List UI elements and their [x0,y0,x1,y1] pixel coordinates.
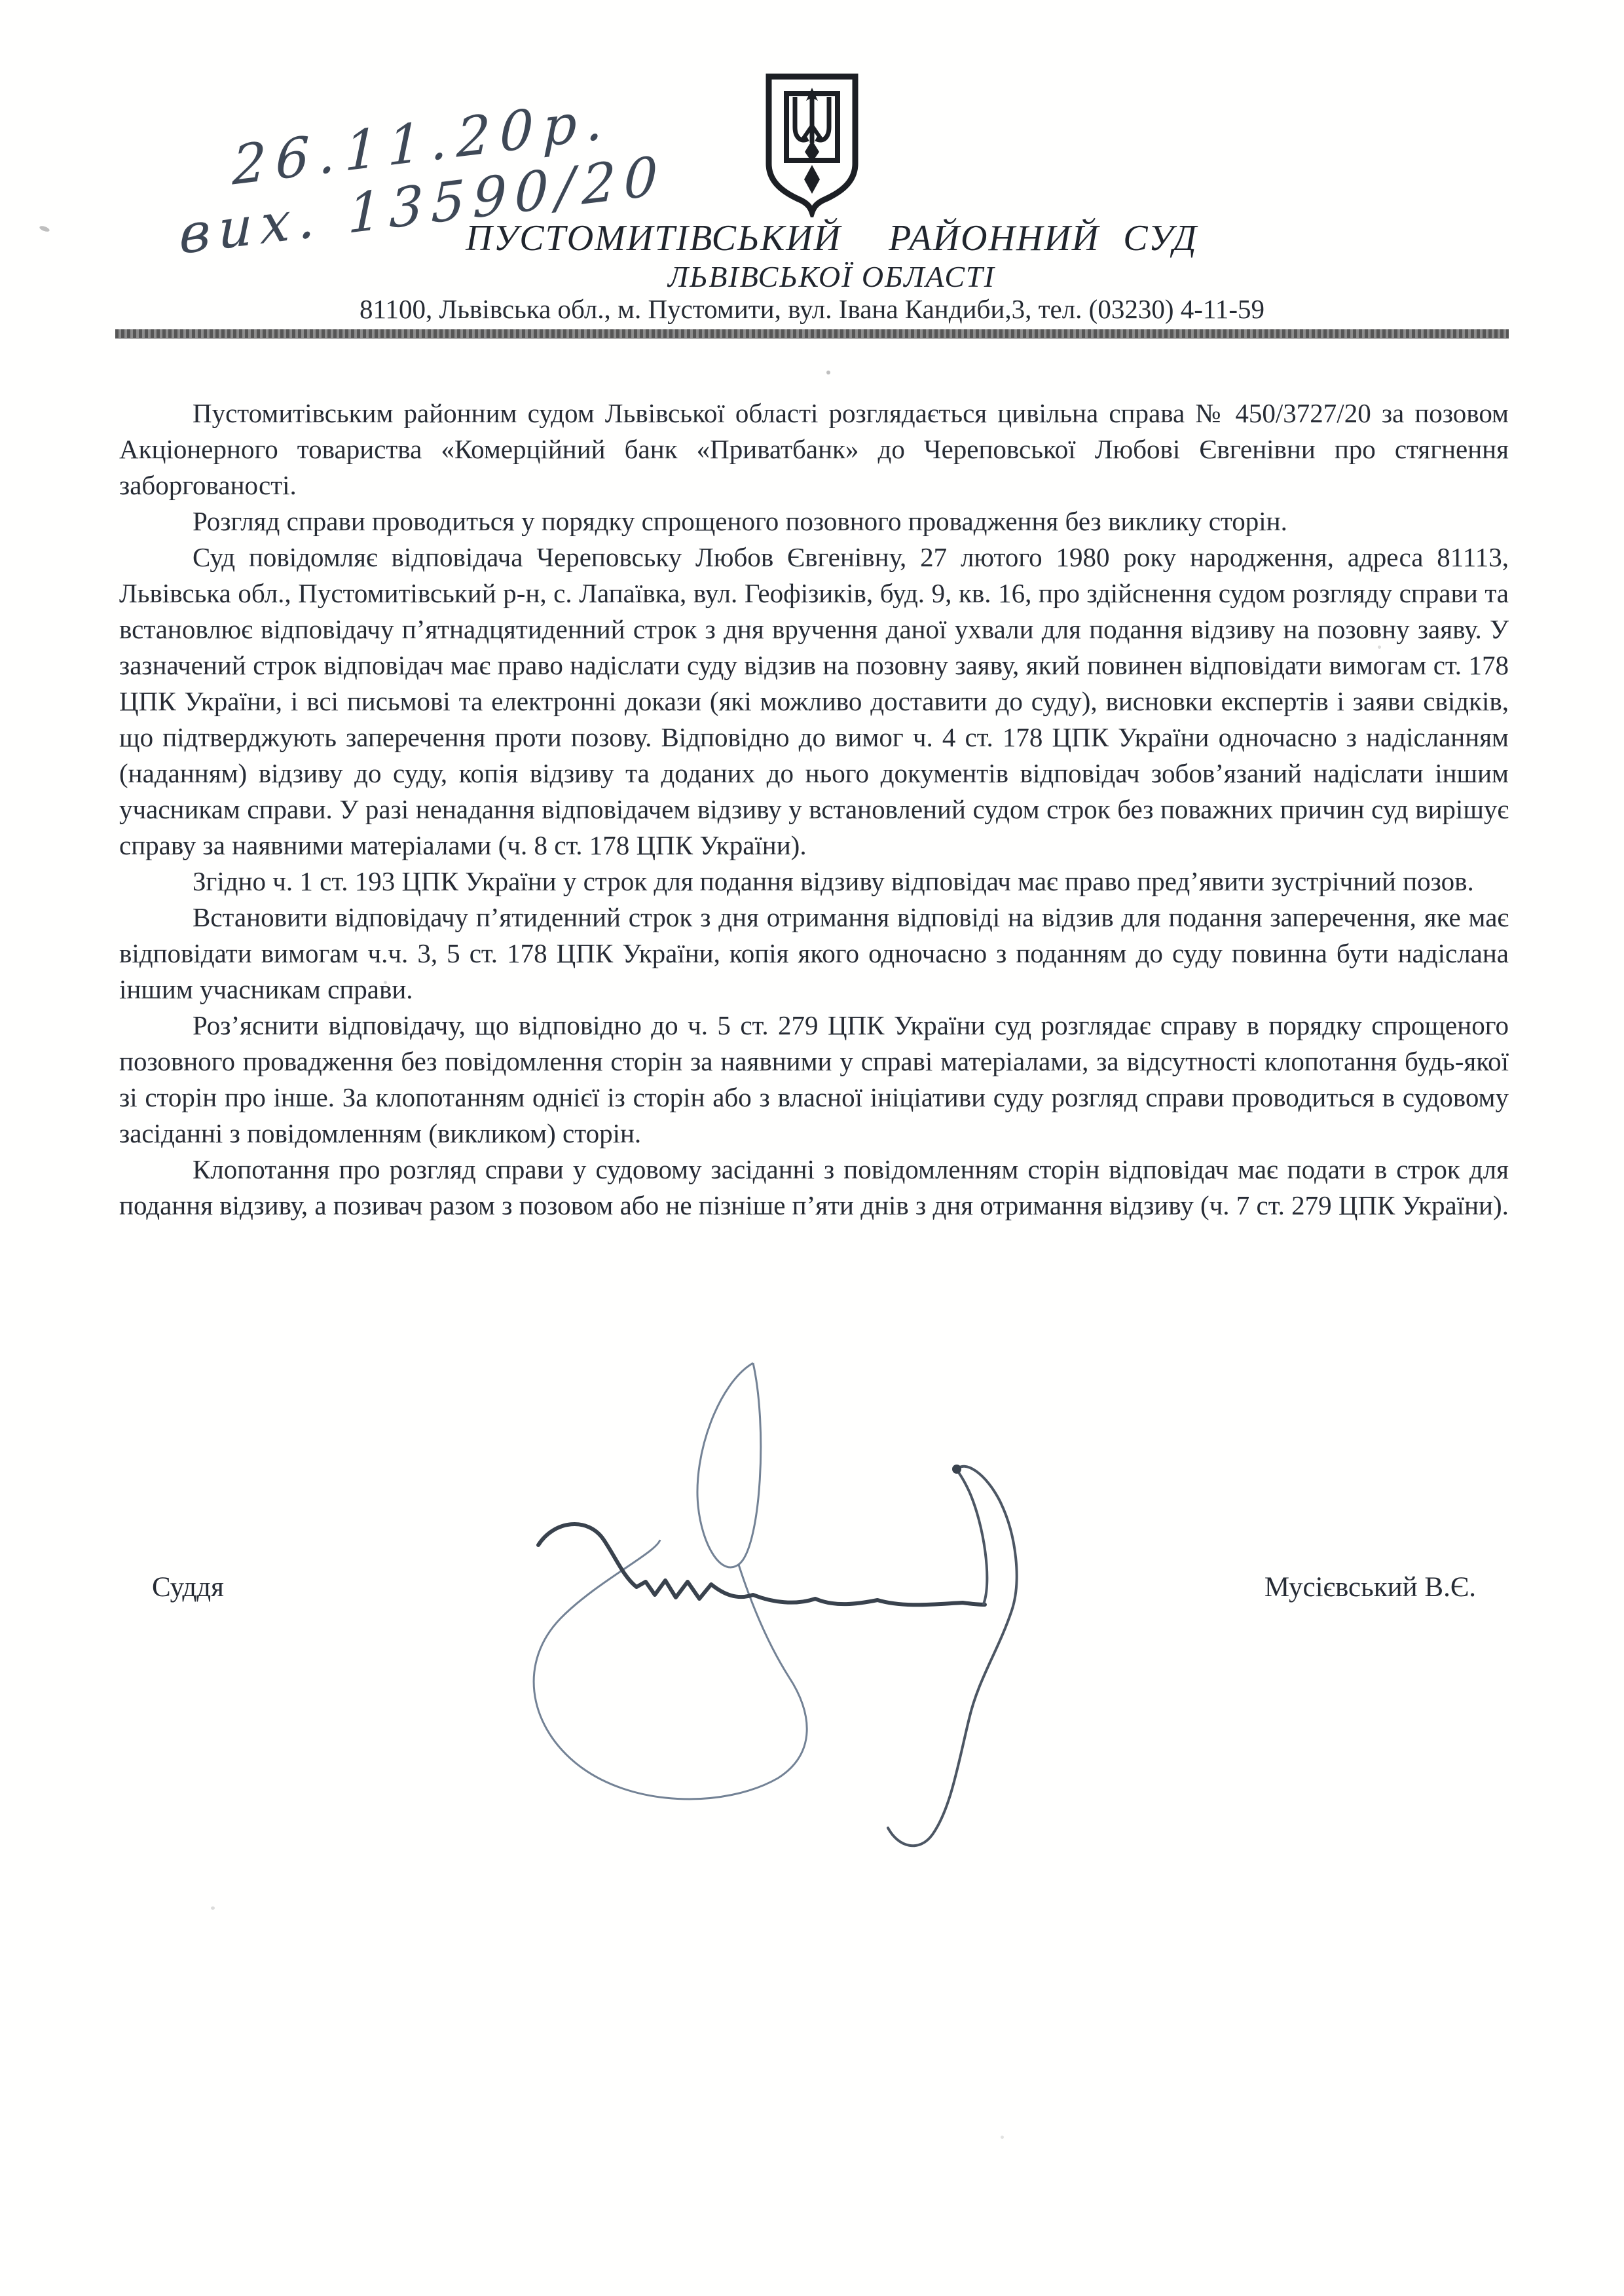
paragraph-motion: Клопотання про розгляд справи у судовому… [119,1152,1509,1224]
scan-speckle [211,1906,215,1910]
paragraph-clarification: Роз’яснити відповідачу, що відповідно до… [119,1008,1509,1152]
header-divider [115,329,1509,339]
paragraph-notification: Суд повідомляє відповідача Череповську Л… [119,539,1509,864]
letter-body: Пустомитівським районним судом Львівсько… [119,395,1509,1224]
scan-speckle [826,371,830,374]
paragraph-objection-term: Встановити відповідачу п’ятиденний строк… [119,900,1509,1008]
court-address: 81100, Львівська обл., м. Пустомити, вул… [0,293,1624,325]
court-name: ПУСТОМИТІВСЬКИЙ РАЙОННИЙ СУД [20,217,1624,259]
scan-speckle [384,981,387,984]
ukraine-trident-shield-icon [762,72,862,217]
paragraph-counterclaim: Згідно ч. 1 ст. 193 ЦПК України у строк … [119,864,1509,900]
judge-name: Мусієвський В.Є. [1264,1571,1476,1603]
paragraph-procedure: Розгляд справи проводиться у порядку спр… [119,503,1509,539]
paragraph-case-intro: Пустомитівським районним судом Львівсько… [119,395,1509,503]
court-region: ЛЬВІВСЬКОЇ ОБЛАСТІ [20,259,1624,294]
scan-speckle [1378,646,1381,649]
scan-speckle [1001,2136,1004,2139]
scanned-court-letter: 26.11.20р. вих. 13590/20 ПУСТОМИТІВСЬКИЙ… [0,0,1624,2296]
signer-role-label: Суддя [152,1571,224,1603]
